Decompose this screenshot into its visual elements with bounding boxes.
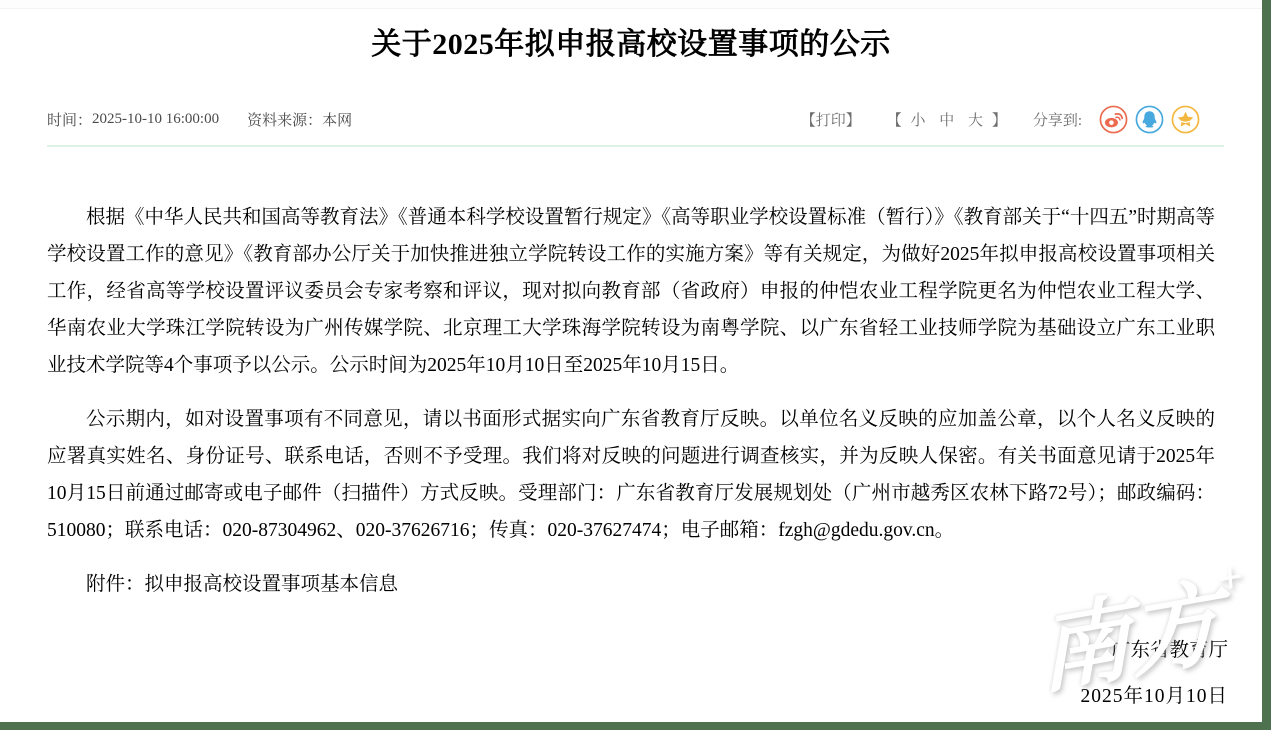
paragraph-2: 公示期内，如对设置事项有不同意见，请以书面形式据实向广东省教育厅反映。以单位名义… — [47, 401, 1215, 549]
share-icons — [1092, 105, 1200, 134]
issue-date: 2025年10月10日 — [1080, 684, 1228, 710]
page-title: 关于2025年拟申报高校设置事项的公示 — [0, 19, 1262, 63]
bottom-green-edge — [0, 722, 1271, 730]
qq-share-icon[interactable] — [1135, 105, 1164, 134]
font-large-button[interactable]: 大 — [968, 113, 983, 129]
attachment-line[interactable]: 附件：拟申报高校设置事项基本信息 — [47, 566, 1215, 603]
font-medium-button[interactable]: 中 — [939, 113, 954, 129]
qzone-share-icon[interactable] — [1171, 105, 1200, 134]
top-band — [0, 0, 1262, 9]
bracket-close: 】 — [992, 113, 1007, 129]
meta-left: 时间： 2025-10-10 16:00:00 资料来源： 本网 — [47, 109, 352, 130]
bracket-open: 【 — [887, 113, 902, 129]
issuer-name: 广东省教育厅 — [1080, 638, 1228, 664]
announcement-page: 关于2025年拟申报高校设置事项的公示 时间： 2025-10-10 16:00… — [0, 0, 1271, 730]
share-label: 分享到: — [1033, 109, 1082, 130]
paragraph-1: 根据《中华人民共和国高等教育法》《普通本科学校设置暂行规定》《高等职业学校设置标… — [47, 199, 1215, 384]
print-button[interactable]: 【打印】 — [801, 109, 861, 130]
header-divider — [47, 145, 1224, 147]
font-size-controls: 【 小 中 大 】 — [887, 109, 1007, 130]
time-label: 时间： — [47, 109, 92, 130]
source-value: 本网 — [322, 109, 352, 130]
signature-block: 广东省教育厅 2025年10月10日 — [1080, 638, 1228, 710]
font-small-button[interactable]: 小 — [911, 113, 926, 129]
weibo-share-icon[interactable] — [1099, 105, 1128, 134]
meta-right: 【打印】 【 小 中 大 】 分享到: — [801, 105, 1232, 134]
time-value: 2025-10-10 16:00:00 — [92, 111, 219, 128]
right-green-edge — [1262, 0, 1271, 730]
meta-bar: 时间： 2025-10-10 16:00:00 资料来源： 本网 【打印】 【 … — [47, 104, 1232, 134]
source-label: 资料来源： — [247, 109, 322, 130]
article-body: 根据《中华人民共和国高等教育法》《普通本科学校设置暂行规定》《高等职业学校设置标… — [0, 199, 1262, 603]
